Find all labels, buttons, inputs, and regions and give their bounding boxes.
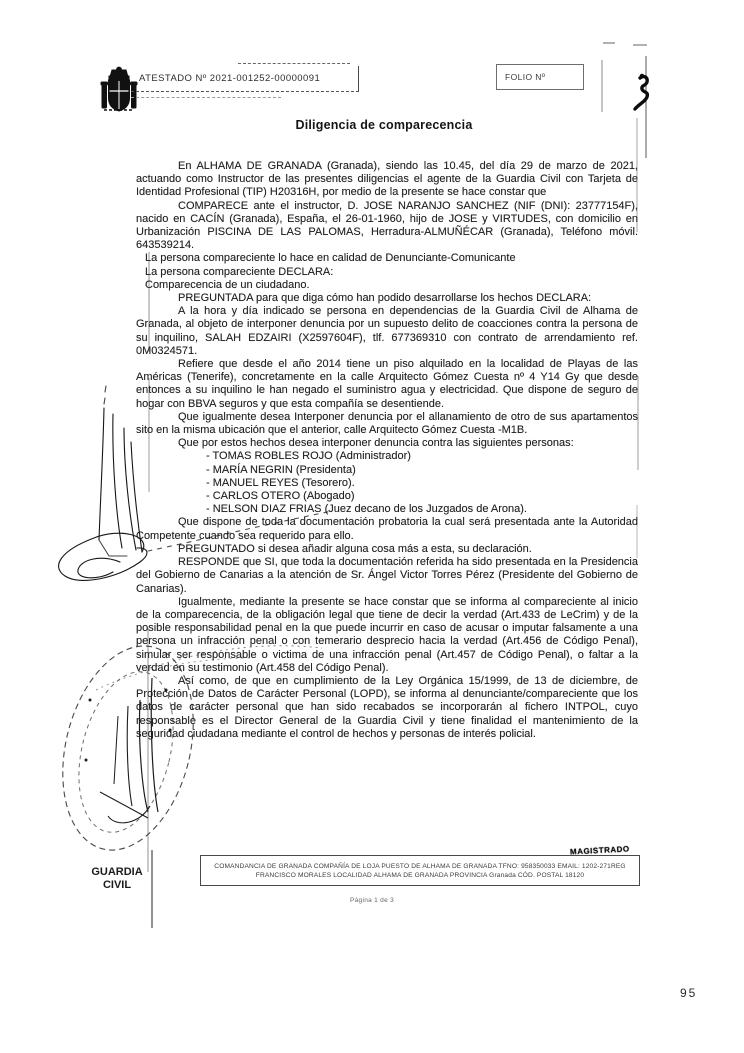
denounced-person-item: - MARÍA NEGRIN (Presidenta): [136, 464, 638, 477]
body-paragraph: Refiere que desde el año 2014 tiene un p…: [136, 358, 638, 411]
document-body: En ALHAMA DE GRANADA (Granada), siendo l…: [136, 160, 638, 741]
body-paragraph: RESPONDE que SI, que toda la documentaci…: [136, 556, 638, 596]
scan-artifact-dash: [238, 63, 350, 64]
body-paragraph: COMPARECE ante el instructor, D. JOSE NA…: [136, 200, 638, 253]
body-paragraph: PREGUNTADA para que diga cómo han podido…: [136, 292, 638, 305]
guardia-civil-brand: GUARDIA CIVIL: [84, 866, 150, 892]
page-indicator: Página 1 de 3: [0, 897, 744, 904]
body-paragraph: PREGUNTADO si desea añadir alguna cosa m…: [136, 543, 638, 556]
body-paragraph: Igualmente, mediante la presente se hace…: [136, 596, 638, 675]
folio-number-box: FOLIO Nº: [496, 64, 584, 90]
body-paragraph: Comparecencia de un ciudadano.: [136, 279, 638, 292]
body-paragraph: La persona compareciente DECLARA:: [136, 266, 638, 279]
scan-artifact-dash: [131, 97, 281, 98]
atestado-number-label: ATESTADO Nº 2021-001252-00000091: [139, 73, 320, 84]
denounced-person-item: - CARLOS OTERO (Abogado): [136, 490, 638, 503]
scanned-document-page: ATESTADO Nº 2021-001252-00000091 FOLIO N…: [0, 0, 744, 1053]
document-title: Diligencia de comparecencia: [0, 118, 744, 132]
body-paragraph: A la hora y día indicado se persona en d…: [136, 305, 638, 358]
denounced-person-item: - MANUEL REYES (Tesorero).: [136, 477, 638, 490]
folio-label: FOLIO Nº: [505, 72, 545, 82]
unit-info-line: COMANDANCIA DE GRANADA COMPAÑÍA DE LOJA …: [205, 862, 635, 871]
body-paragraph: Que igualmente desea Interponer denuncia…: [136, 411, 638, 437]
body-paragraph: La persona compareciente lo hace en cali…: [136, 252, 638, 265]
body-paragraph: Que dispone de toda la documentación pro…: [136, 516, 638, 542]
denounced-person-item: - TOMAS ROBLES ROJO (Administrador): [136, 450, 638, 463]
unit-info-box: COMANDANCIA DE GRANADA COMPAÑÍA DE LOJA …: [200, 855, 640, 886]
body-paragraph: En ALHAMA DE GRANADA (Granada), siendo l…: [136, 160, 638, 200]
sheet-number: 95: [680, 986, 697, 1000]
unit-info-line: FRANCISCO MORALES LOCALIDAD ALHAMA DE GR…: [205, 871, 635, 880]
brand-line: GUARDIA: [84, 866, 150, 879]
denounced-person-item: - NELSON DIAZ FRIAS (Juez decano de los …: [136, 503, 638, 516]
body-paragraph: Que por estos hechos desea interponer de…: [136, 437, 638, 450]
ink-blot: [635, 74, 647, 109]
brand-line: CIVIL: [84, 879, 150, 892]
body-paragraph: Así como, de que en cumplimiento de la L…: [136, 675, 638, 741]
atestado-number-box: ATESTADO Nº 2021-001252-00000091: [131, 66, 359, 92]
